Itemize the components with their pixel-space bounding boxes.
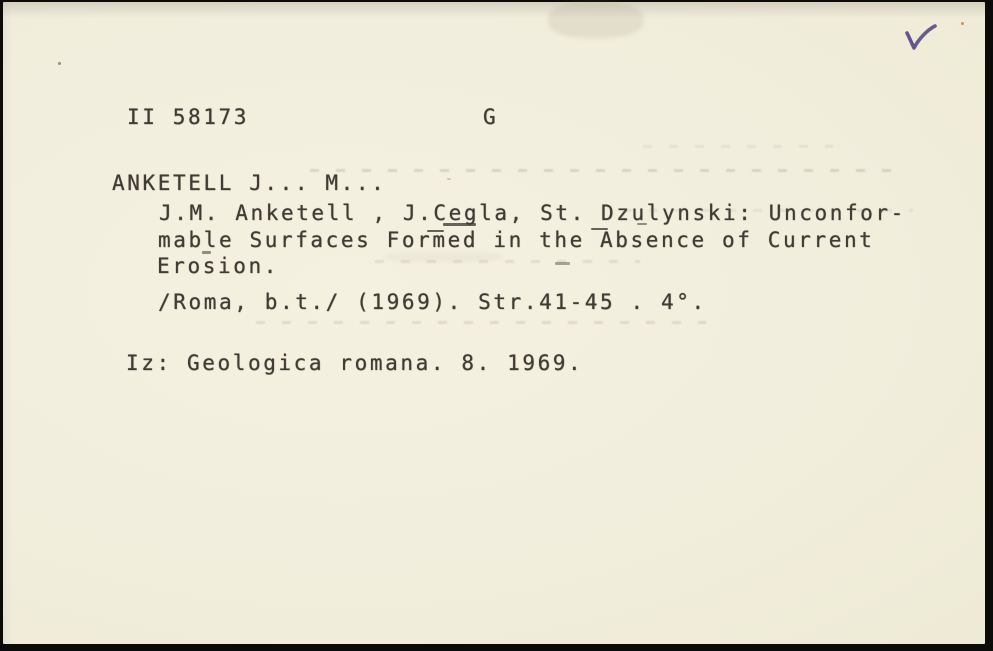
- title-line-1: J.M. Anketell , J.Cegla, St. Dzulynski: …: [159, 201, 906, 225]
- section-letter: G: [483, 105, 498, 129]
- scan-smudge-top: [548, 2, 643, 38]
- overstrike-under-dzulynski: [637, 223, 647, 225]
- author-heading: ANKETELL J... M...: [112, 171, 386, 195]
- ghost-line-title: [623, 209, 913, 212]
- scanner-background: { "card": { "call_number": "II 58173", "…: [0, 0, 993, 651]
- dust-speck: [58, 62, 61, 65]
- ghost-line-below-imprint: [256, 321, 706, 324]
- overstrike-over-absence: [591, 228, 608, 230]
- checkmark-icon: [899, 22, 945, 60]
- overstrike-under-mable: [202, 251, 211, 254]
- dust-speck-orange: [961, 22, 964, 25]
- overstrike-under-cegla: [443, 223, 476, 226]
- ghost-line-above-heading: [310, 169, 905, 172]
- source-line: Iz: Geologica romana. 8. 1969.: [126, 351, 583, 375]
- scan-smudge-mid: [383, 252, 503, 262]
- title-line-3: Erosion.: [157, 254, 279, 278]
- imprint-line: /Roma, b.t./ (1969). Str.41-45 . 4°.: [158, 290, 707, 314]
- title-line-2: mable Surfaces Formed in the Absence of …: [158, 228, 874, 252]
- overstrike-over-formed: [427, 230, 444, 232]
- dust-speck-pink: [447, 178, 451, 180]
- call-number: II 58173: [127, 105, 249, 129]
- ghost-line-upper: [643, 145, 833, 148]
- catalog-card: II 58173 G ANKETELL J... M... J.M. Anket…: [3, 2, 985, 644]
